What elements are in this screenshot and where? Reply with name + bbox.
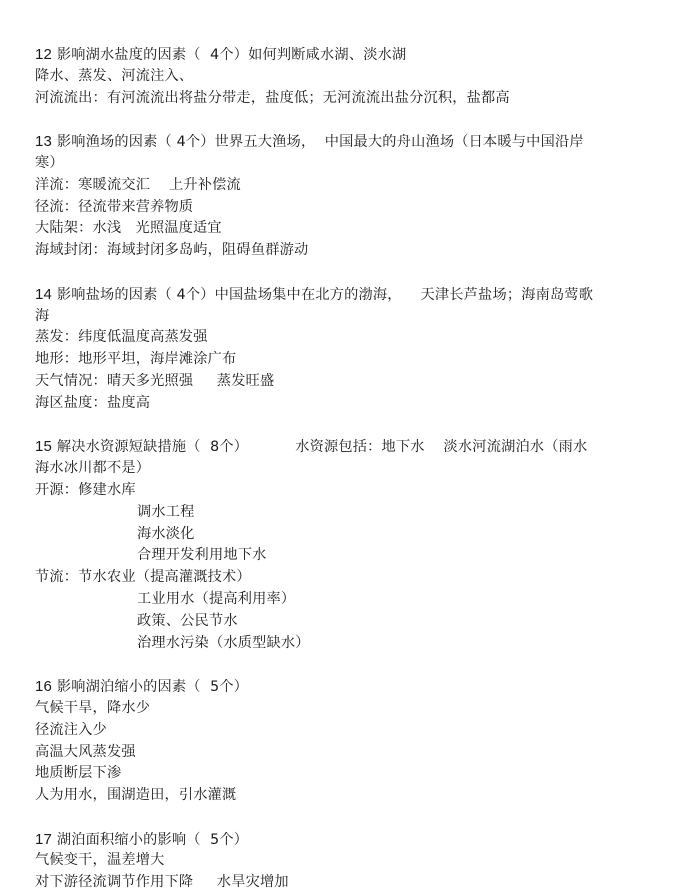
- section-15: 15 解决水资源短缺措施（ 8个） 水资源包括：地下水 淡水河流湖泊水（雨水海水…: [35, 436, 655, 654]
- section-number: 13: [35, 133, 52, 150]
- section-number: 17: [35, 831, 52, 848]
- section-17: 17 湖泊面积缩小的影响（ 5个）气候变干，温差增大对下游径流调节作用下降 水旱…: [35, 829, 655, 891]
- list-item: 气候干旱，降水少: [35, 698, 655, 720]
- heading-text: 影响湖水盐度的因素（ 4个）如何判断咸水湖、淡水湖: [57, 47, 407, 63]
- blank-line: [35, 262, 655, 284]
- section-heading-continuation: 海: [35, 306, 655, 328]
- blank-line: [35, 415, 655, 437]
- section-16: 16 影响湖泊缩小的因素（ 5个）气候干旱，降水少径流注入少高温大风蒸发强地质断…: [35, 676, 655, 807]
- section-number: 15: [35, 438, 52, 455]
- list-item: 降水、蒸发、河流注入、: [35, 66, 655, 88]
- list-item: 节流：节水农业（提高灌溉技术）: [35, 567, 655, 589]
- list-item-text: 人为用水，围湖造田，引水灌溉: [35, 787, 236, 803]
- list-item: 径流注入少: [35, 720, 655, 742]
- section-heading: 14 影响盐场的因素（ 4个）中国盐场集中在北方的渤海， 天津长芦盐场；海南岛莺…: [35, 284, 655, 306]
- section-12: 12 影响湖水盐度的因素（ 4个）如何判断咸水湖、淡水湖降水、蒸发、河流注入、河…: [35, 44, 655, 109]
- blank-line: [35, 654, 655, 676]
- blank-line: [35, 109, 655, 131]
- list-item-text: 降水、蒸发、河流注入、: [35, 68, 193, 84]
- section-heading: 13 影响渔场的因素（ 4个）世界五大渔场， 中国最大的舟山渔场（日本暖与中国沿…: [35, 131, 655, 153]
- list-item: 大陆架：水浅 光照温度适宜: [35, 218, 655, 240]
- section-14: 14 影响盐场的因素（ 4个）中国盐场集中在北方的渤海， 天津长芦盐场；海南岛莺…: [35, 284, 655, 415]
- section-number: 12: [35, 46, 52, 63]
- list-item-text: 开源：修建水库: [35, 482, 136, 498]
- list-item: 蒸发：纬度低温度高蒸发强: [35, 327, 655, 349]
- list-item: 人为用水，围湖造田，引水灌溉: [35, 785, 655, 807]
- list-item-text: 海水淡化: [137, 526, 195, 542]
- list-item-text: 径流注入少: [35, 722, 107, 738]
- list-item-text: 蒸发：纬度低温度高蒸发强: [35, 329, 208, 345]
- list-item: 工业用水（提高利用率）: [35, 589, 655, 611]
- list-item: 径流：径流带来营养物质: [35, 197, 655, 219]
- list-item-text: 地质断层下渗: [35, 765, 121, 781]
- section-heading: 15 解决水资源短缺措施（ 8个） 水资源包括：地下水 淡水河流湖泊水（雨水: [35, 436, 655, 458]
- section-number: 16: [35, 678, 52, 695]
- section-heading: 12 影响湖水盐度的因素（ 4个）如何判断咸水湖、淡水湖: [35, 44, 655, 66]
- list-item-text: 政策、公民节水: [137, 613, 238, 629]
- list-item: 政策、公民节水: [35, 611, 655, 633]
- heading-text: 影响渔场的因素（ 4个）世界五大渔场， 中国最大的舟山渔场（日本暖与中国沿岸: [57, 134, 584, 150]
- section-number: 14: [35, 286, 52, 303]
- list-item-text: 节流：节水农业（提高灌溉技术）: [35, 569, 251, 585]
- heading-text: 海水冰川都不是）: [35, 460, 150, 476]
- section-heading: 17 湖泊面积缩小的影响（ 5个）: [35, 829, 655, 851]
- list-item-text: 对下游径流调节作用下降 水旱灾增加: [35, 874, 289, 890]
- list-item: 开源：修建水库: [35, 480, 655, 502]
- list-item: 地质断层下渗: [35, 763, 655, 785]
- list-item: 合理开发利用地下水: [35, 545, 655, 567]
- list-item-text: 海区盐度：盐度高: [35, 395, 150, 411]
- list-item: 调水工程: [35, 502, 655, 524]
- list-item: 海域封闭：海域封闭多岛屿，阻碍鱼群游动: [35, 240, 655, 262]
- list-item-text: 地形：地形平坦，海岸滩涂广布: [35, 351, 236, 367]
- list-item: 洋流：寒暖流交汇 上升补偿流: [35, 175, 655, 197]
- list-item-text: 治理水污染（水质型缺水）: [137, 635, 310, 651]
- list-item-text: 工业用水（提高利用率）: [137, 591, 295, 607]
- list-item: 海水淡化: [35, 524, 655, 546]
- list-item: 地形：地形平坦，海岸滩涂广布: [35, 349, 655, 371]
- list-item-text: 海域封闭：海域封闭多岛屿，阻碍鱼群游动: [35, 242, 308, 258]
- heading-text: 海: [35, 308, 49, 324]
- section-13: 13 影响渔场的因素（ 4个）世界五大渔场， 中国最大的舟山渔场（日本暖与中国沿…: [35, 131, 655, 262]
- list-item-text: 合理开发利用地下水: [137, 547, 267, 563]
- list-item-text: 径流：径流带来营养物质: [35, 199, 193, 215]
- list-item-text: 气候干旱，降水少: [35, 700, 150, 716]
- section-heading: 16 影响湖泊缩小的因素（ 5个）: [35, 676, 655, 698]
- document-page: 12 影响湖水盐度的因素（ 4个）如何判断咸水湖、淡水湖降水、蒸发、河流注入、河…: [35, 44, 655, 891]
- list-item: 对下游径流调节作用下降 水旱灾增加: [35, 872, 655, 891]
- list-item: 高温大风蒸发强: [35, 742, 655, 764]
- heading-text: 影响盐场的因素（ 4个）中国盐场集中在北方的渤海， 天津长芦盐场；海南岛莺歌: [57, 287, 593, 303]
- list-item-text: 天气情况：晴天多光照强 蒸发旺盛: [35, 373, 274, 389]
- list-item: 气候变干，温差增大: [35, 850, 655, 872]
- list-item-text: 河流流出：有河流流出将盐分带走，盐度低；无河流流出盐分沉积，盐都高: [35, 90, 510, 106]
- list-item: 治理水污染（水质型缺水）: [35, 633, 655, 655]
- list-item: 天气情况：晴天多光照强 蒸发旺盛: [35, 371, 655, 393]
- section-heading-continuation: 寒）: [35, 153, 655, 175]
- section-heading-continuation: 海水冰川都不是）: [35, 458, 655, 480]
- list-item-text: 气候变干，温差增大: [35, 852, 165, 868]
- list-item-text: 大陆架：水浅 光照温度适宜: [35, 220, 222, 236]
- list-item: 河流流出：有河流流出将盐分带走，盐度低；无河流流出盐分沉积，盐都高: [35, 88, 655, 110]
- list-item-text: 调水工程: [137, 504, 195, 520]
- list-item-text: 高温大风蒸发强: [35, 744, 136, 760]
- blank-line: [35, 807, 655, 829]
- list-item: 海区盐度：盐度高: [35, 393, 655, 415]
- heading-text: 湖泊面积缩小的影响（ 5个）: [57, 832, 248, 848]
- list-item-text: 洋流：寒暖流交汇 上升补偿流: [35, 177, 241, 193]
- heading-text: 解决水资源短缺措施（ 8个） 水资源包括：地下水 淡水河流湖泊水（雨水: [57, 439, 588, 455]
- heading-text: 寒）: [35, 155, 64, 171]
- heading-text: 影响湖泊缩小的因素（ 5个）: [57, 679, 248, 695]
